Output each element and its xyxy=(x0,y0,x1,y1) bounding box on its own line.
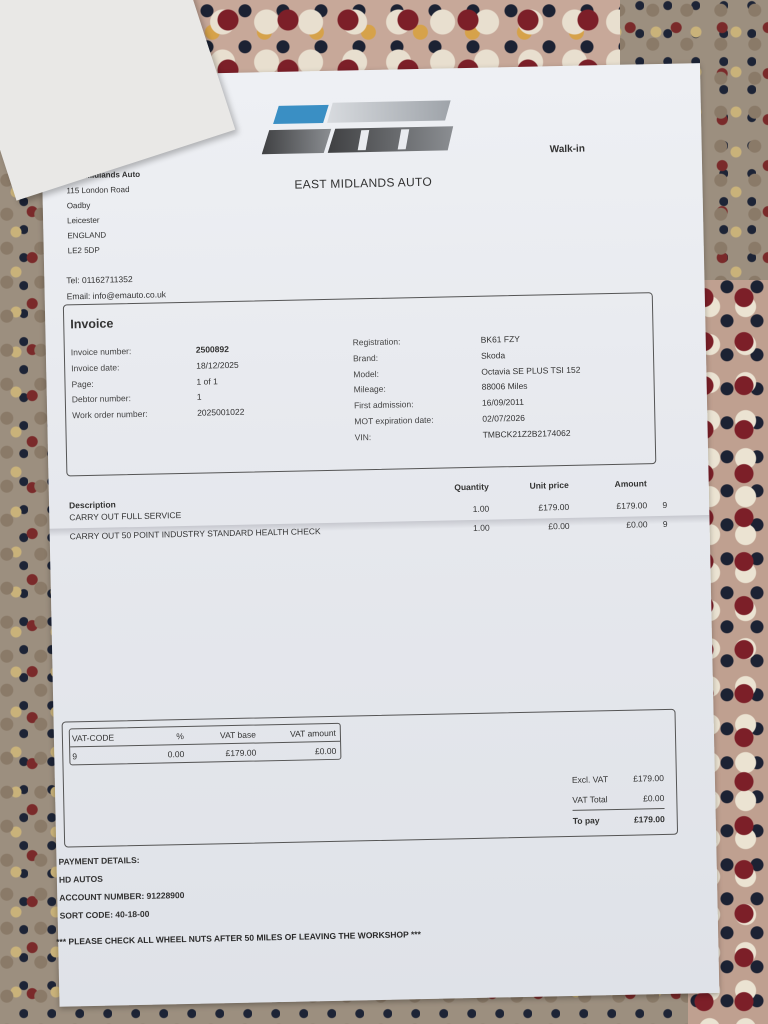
col-vat-percent: % xyxy=(142,731,184,742)
vat-table: VAT-CODE % VAT base VAT amount 9 0.00 £1… xyxy=(69,723,342,766)
vat-total-label: VAT Total xyxy=(572,794,607,805)
debtor-number: 1 xyxy=(197,390,202,406)
payment-details: PAYMENT DETAILS: HD AUTOS ACCOUNT NUMBER… xyxy=(58,850,185,925)
invoice-info: Invoice number:2500892 Invoice date:18/1… xyxy=(71,342,245,425)
invoice-number: 2500892 xyxy=(196,342,229,358)
vat-percent: 0.00 xyxy=(142,749,184,760)
col-description: Description xyxy=(69,499,116,510)
info-row: Work order number:2025001022 xyxy=(72,405,245,424)
registration: BK61 FZY xyxy=(481,332,521,349)
brand: Skoda xyxy=(481,348,505,364)
to-pay-row: To pay£179.00 xyxy=(573,809,665,831)
sort-code: SORT CODE: 40-18-00 xyxy=(59,904,185,925)
company-title: EAST MIDLANDS AUTO xyxy=(294,175,432,192)
col-vat-code: VAT-CODE xyxy=(70,731,142,743)
vin: TMBCK21Z2B2174062 xyxy=(483,426,571,444)
to-pay-value: £179.00 xyxy=(634,814,665,825)
vehicle-info: Registration:BK61 FZY Brand:Skoda Model:… xyxy=(353,331,582,446)
vat-total-value: £0.00 xyxy=(643,793,664,803)
col-quantity: Quantity xyxy=(429,482,489,493)
invoice-document: Walk-in EAST MIDLANDS AUTO East Midlands… xyxy=(40,63,719,1007)
address-line: ENGLAND xyxy=(67,227,141,244)
ema-logo-icon xyxy=(261,96,462,160)
info-row: VIN:TMBCK21Z2B2174062 xyxy=(355,425,582,446)
invoice-date: 18/12/2025 xyxy=(196,358,239,375)
address-line: LE2 5DP xyxy=(68,242,142,259)
excl-vat-label: Excl. VAT xyxy=(572,774,608,785)
customer-type-label: Walk-in xyxy=(550,144,585,156)
invoice-details-box: Invoice Invoice number:2500892 Invoice d… xyxy=(63,292,656,476)
address-line: Leicester xyxy=(67,212,141,229)
invoice-heading: Invoice xyxy=(70,316,113,331)
col-vat-base: VAT base xyxy=(184,729,256,741)
mot-expiration: 02/07/2026 xyxy=(482,411,525,428)
vat-base: £179.00 xyxy=(184,747,256,759)
item-amount: £179.00 xyxy=(579,500,647,511)
field-label: VIN: xyxy=(355,428,483,446)
col-unit-price: Unit price xyxy=(499,480,569,491)
work-order-number: 2025001022 xyxy=(197,405,245,422)
excl-vat-value: £179.00 xyxy=(633,773,664,784)
first-admission: 16/09/2011 xyxy=(482,395,524,412)
page-number: 1 of 1 xyxy=(196,374,218,390)
account-number: ACCOUNT NUMBER: 91228900 xyxy=(59,886,185,907)
totals-summary: Excl. VAT£179.00 VAT Total£0.00 To pay£1… xyxy=(572,768,665,831)
address-line: 115 London Road xyxy=(66,182,140,199)
line-items-table: Description Quantity Unit price Amount C… xyxy=(69,474,670,551)
wheel-nut-notice: *** PLEASE CHECK ALL WHEEL NUTS AFTER 50… xyxy=(56,929,421,947)
item-description: CARRY OUT FULL SERVICE xyxy=(69,510,181,522)
to-pay-label: To pay xyxy=(573,815,600,826)
company-contact: Tel: 01162711352 Email: info@emauto.co.u… xyxy=(66,270,166,304)
excl-vat-row: Excl. VAT£179.00 xyxy=(572,768,664,790)
item-vat-code: 9 xyxy=(653,500,667,510)
col-vat-amount: VAT amount xyxy=(256,727,338,739)
field-label: Work order number: xyxy=(72,406,197,424)
item-unit-price: £179.00 xyxy=(499,502,569,513)
item-quantity: 1.00 xyxy=(429,504,489,515)
vat-amount: £0.00 xyxy=(256,745,338,757)
mileage: 88006 Miles xyxy=(482,379,528,396)
model: Octavia SE PLUS TSI 152 xyxy=(481,362,580,380)
col-amount: Amount xyxy=(579,478,647,489)
vat-total-row: VAT Total£0.00 xyxy=(572,788,664,811)
totals-box: VAT-CODE % VAT base VAT amount 9 0.00 £1… xyxy=(62,709,679,848)
vat-code: 9 xyxy=(70,749,142,761)
address-line: Oadby xyxy=(67,197,141,214)
